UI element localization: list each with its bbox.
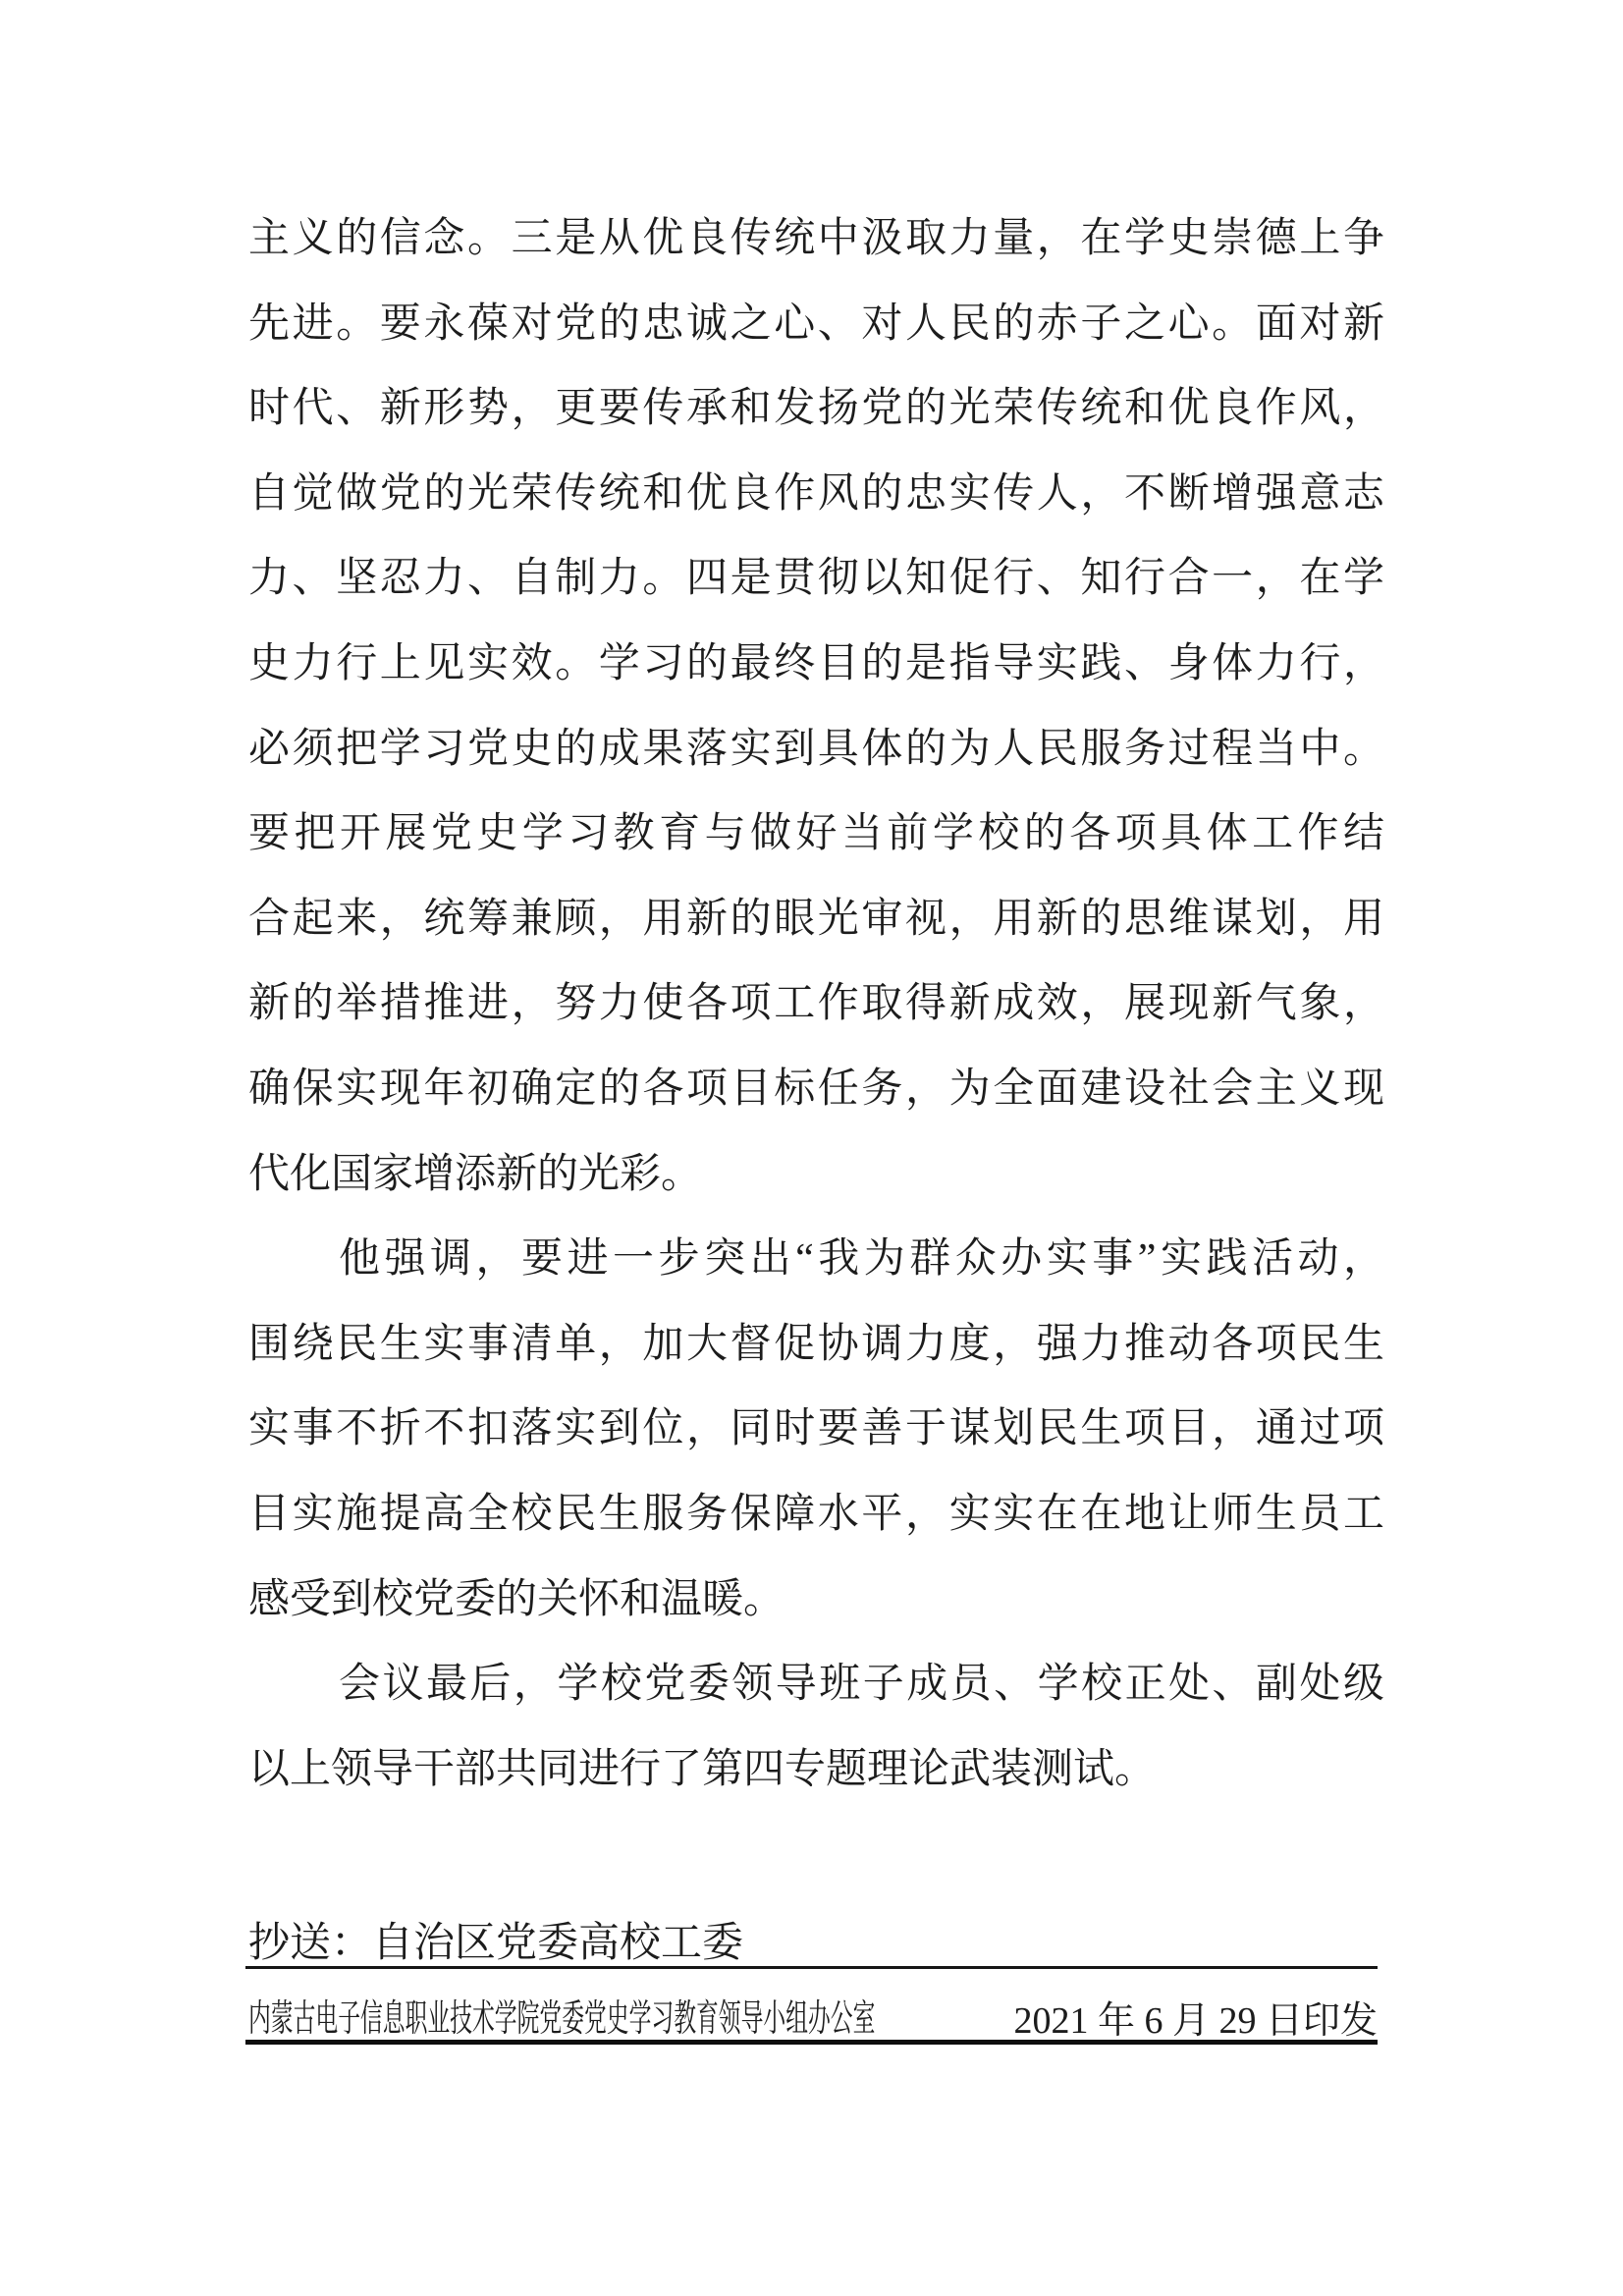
body-line: 代化国家增添新的光彩。: [248, 1132, 1384, 1218]
body-line: 力、坚忍力、自制力。四是贯彻以知促行、知行合一，在学: [248, 536, 1384, 622]
body-line: 会议最后，学校党委领导班子成员、学校正处、副处级: [248, 1642, 1384, 1727]
body-line: 他强调，要进一步突出“我为群众办实事”实践活动，: [248, 1217, 1384, 1302]
copy-to-line: 抄送：自治区党委高校工委: [248, 1918, 1384, 1969]
body-line: 合起来，统筹兼顾，用新的眼光审视，用新的思维谋划，用: [248, 877, 1384, 962]
document-body: 主义的信念。三是从优良传统中汲取力量，在学史崇德上争 先进。要永葆对党的忠诚之心…: [248, 196, 1384, 1812]
document-page: 主义的信念。三是从优良传统中汲取力量，在学史崇德上争 先进。要永葆对党的忠诚之心…: [0, 0, 1623, 2296]
body-line: 必须把学习党史的成果落实到具体的为人民服务过程当中。: [248, 707, 1384, 793]
body-line: 围绕民生实事清单，加大督促协调力度，强力推动各项民生: [248, 1302, 1384, 1388]
body-line: 确保实现年初确定的各项目标任务，为全面建设社会主义现: [248, 1047, 1384, 1132]
body-line: 时代、新形势，更要传承和发扬党的光荣传统和优良作风，: [248, 366, 1384, 452]
colophon-divider-thin: [245, 1966, 1378, 1969]
body-line: 目实施提高全校民生服务保障水平，实实在在地让师生员工: [248, 1472, 1384, 1558]
body-line: 感受到校党委的关怀和温暖。: [248, 1558, 1384, 1643]
body-line: 先进。要永葆对党的忠诚之心、对人民的赤子之心。面对新: [248, 282, 1384, 367]
print-date: 2021 年 6 月 29 日印发: [1013, 2001, 1378, 2041]
body-line: 主义的信念。三是从优良传统中汲取力量，在学史崇德上争: [248, 196, 1384, 282]
body-line: 实事不折不扣落实到位，同时要善于谋划民生项目，通过项: [248, 1387, 1384, 1472]
body-line: 要把开展党史学习教育与做好当前学校的各项具体工作结: [248, 792, 1384, 877]
issuing-office: 内蒙古电子信息职业技术学院党委党史学习教育领导小组办公室: [248, 1999, 875, 2039]
body-line: 自觉做党的光荣传统和优良作风的忠实传人，不断增强意志: [248, 452, 1384, 537]
body-line: 新的举措推进，努力使各项工作取得新成效，展现新气象，: [248, 961, 1384, 1047]
body-line: 史力行上见实效。学习的最终目的是指导实践、身体力行，: [248, 622, 1384, 707]
colophon-divider-thick: [245, 2040, 1378, 2045]
body-line: 以上领导干部共同进行了第四专题理论武装测试。: [248, 1727, 1384, 1813]
